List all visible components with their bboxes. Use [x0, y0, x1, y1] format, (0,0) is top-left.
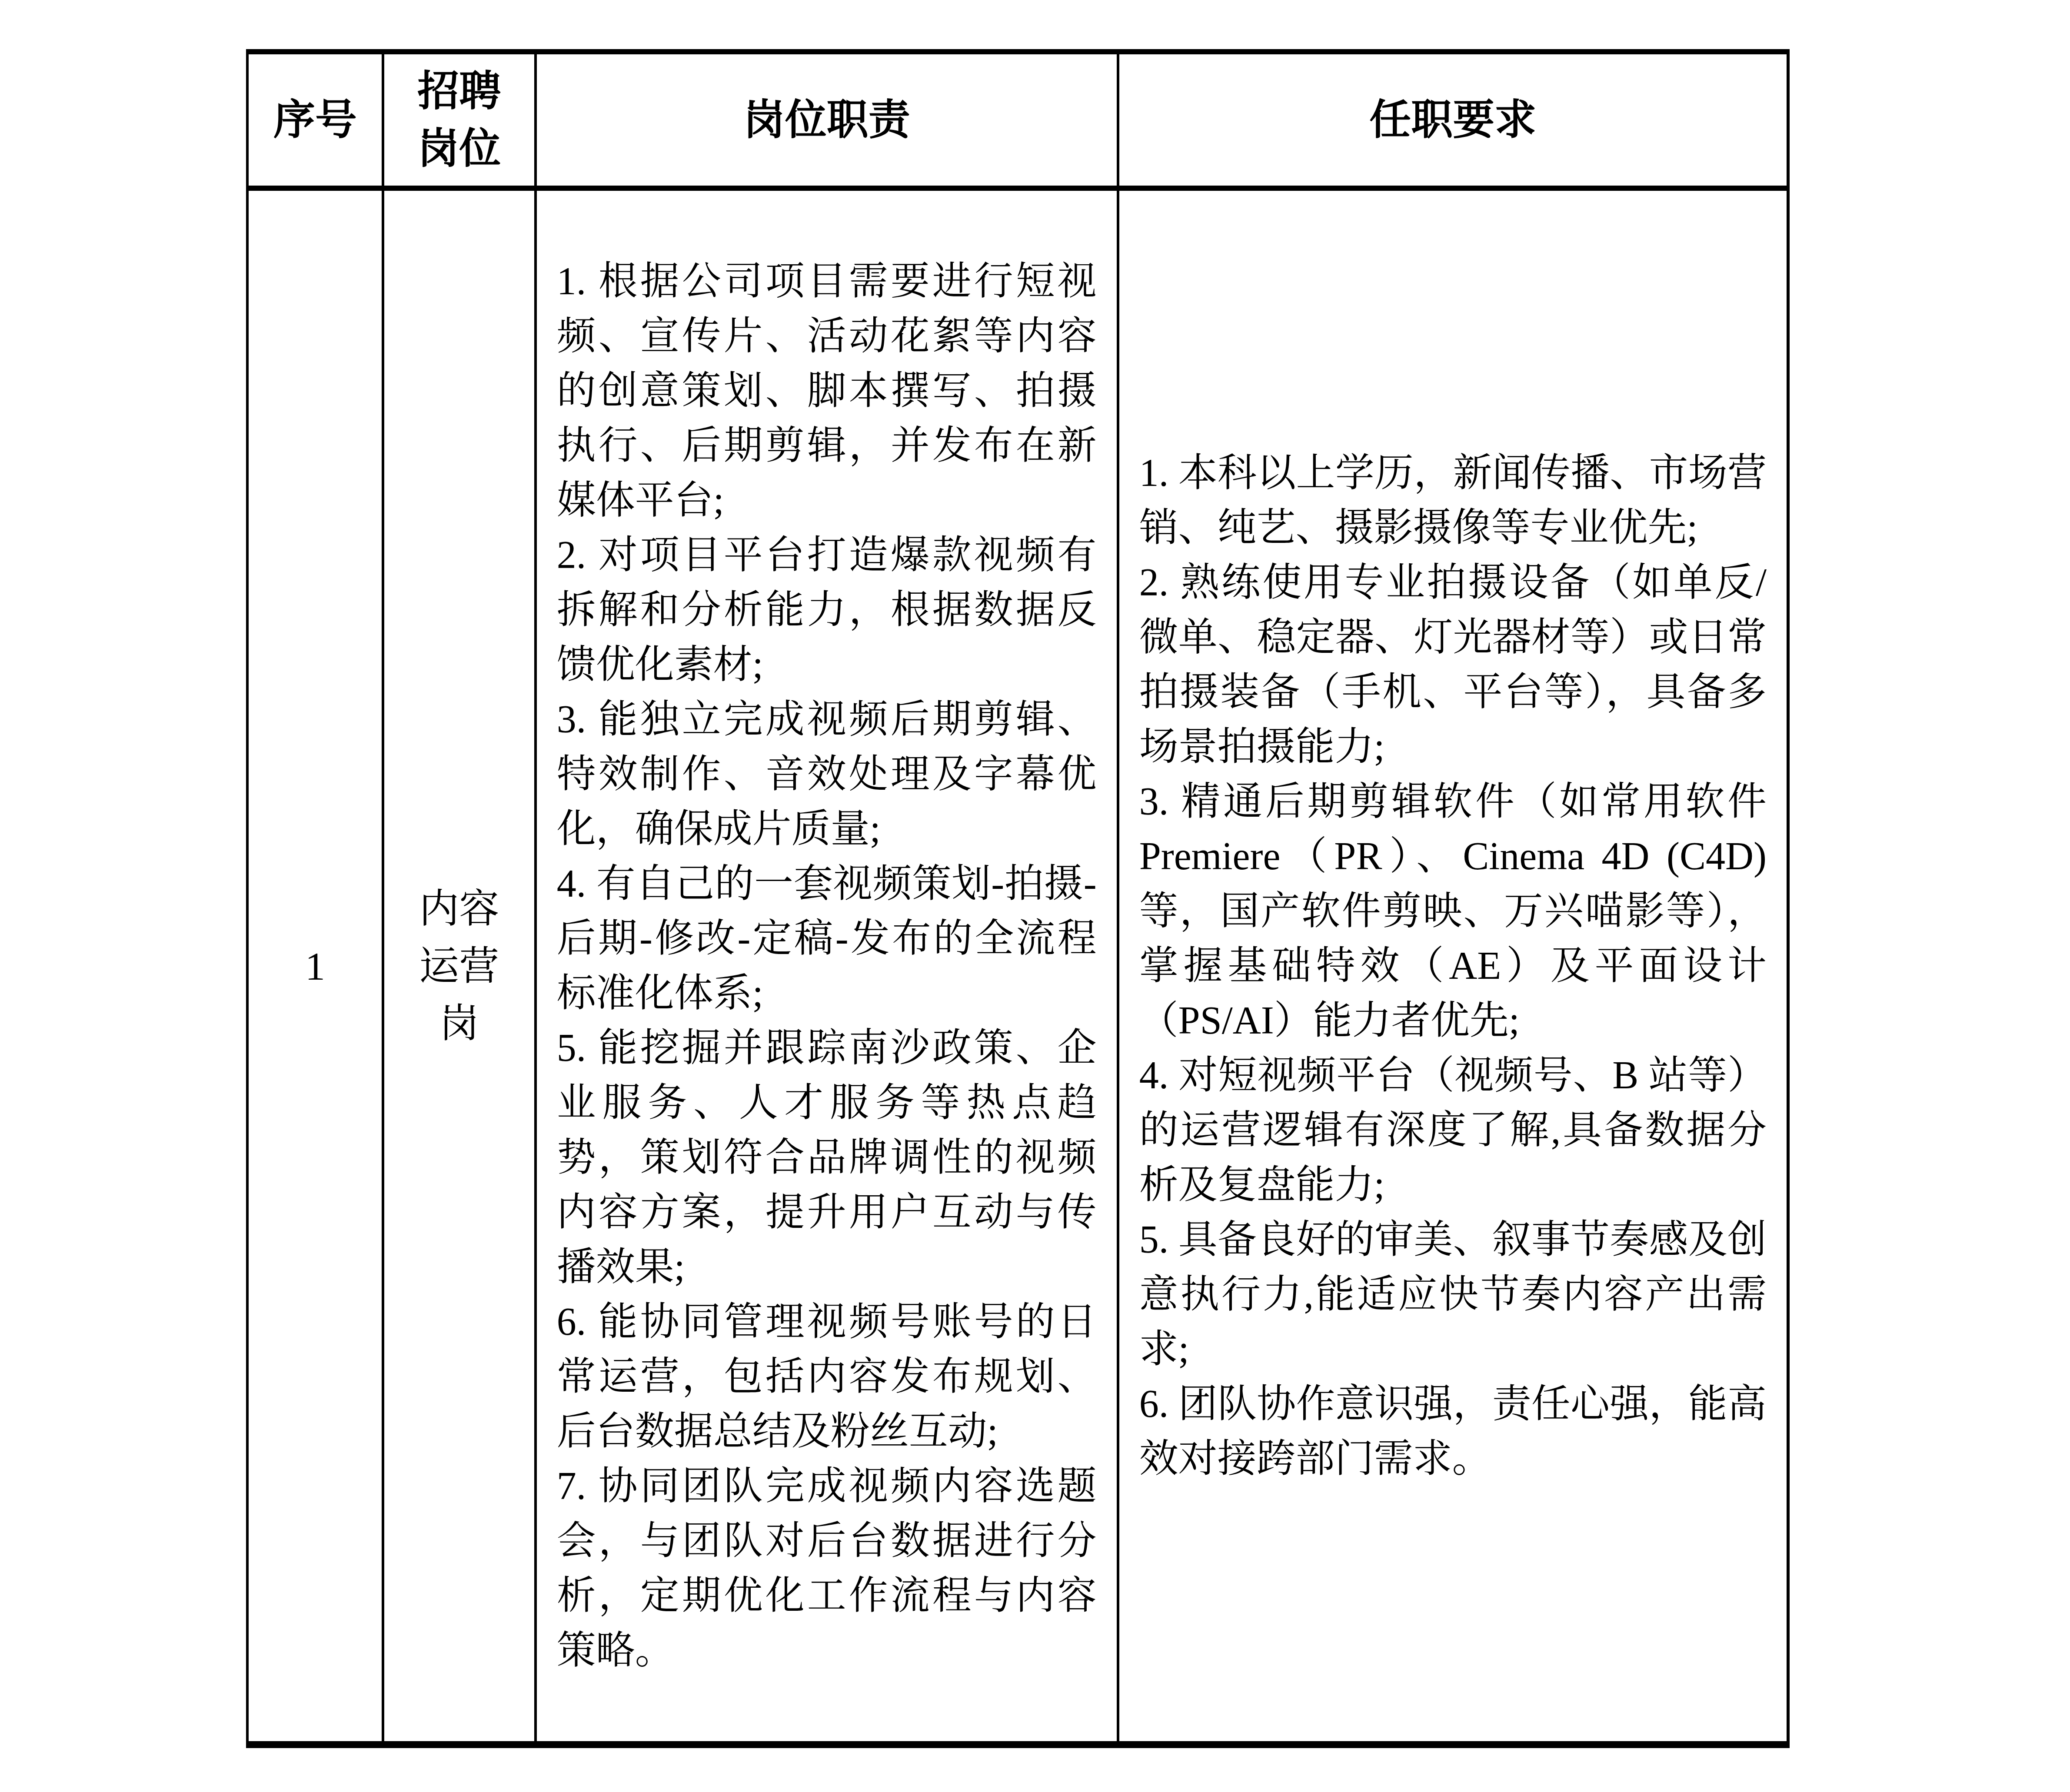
duty-item: 1. 根据公司项目需要进行短视频、宣传片、活动花絮等内容的创意策划、脚本撰写、拍… — [557, 254, 1097, 528]
duty-item: 3. 能独立完成视频后期剪辑、特效制作、音效处理及字幕优化，确保成片质量; — [557, 692, 1097, 857]
duty-item: 2. 对项目平台打造爆款视频有拆解和分析能力，根据数据反馈优化素材; — [557, 528, 1097, 692]
position-name: 内容运营岗 — [416, 880, 502, 1052]
row-number: 1 — [305, 944, 325, 988]
header-requirements: 任职要求 — [1118, 52, 1788, 188]
requirement-item: 2. 熟练使用专业拍摄设备（如单反/微单、稳定器、灯光器材等）或日常拍摄装备（手… — [1139, 555, 1767, 775]
requirement-item: 6. 团队协作意识强，责任心强，能高效对接跨部门需求。 — [1139, 1377, 1767, 1486]
cell-position: 内容运营岗 — [383, 188, 536, 1745]
duty-item: 6. 能协同管理视频号账号的日常运营，包括内容发布规划、后台数据总结及粉丝互动; — [557, 1295, 1097, 1459]
cell-requirements: 1. 本科以上学历，新闻传播、市场营销、纯艺、摄影摄像等专业优先; 2. 熟练使… — [1118, 188, 1788, 1745]
header-requirements-label: 任职要求 — [1369, 96, 1536, 143]
recruitment-table: 序号 招聘岗位 岗位职责 任职要求 1 内容运营岗 1. 根据公司项目需要进行短… — [246, 49, 1790, 1748]
requirement-item: 4. 对短视频平台（视频号、B 站等）的运营逻辑有深度了解,具备数据分析及复盘能… — [1139, 1048, 1767, 1213]
header-duties-label: 岗位职责 — [743, 96, 910, 143]
requirement-item: 3. 精通后期剪辑软件（如常用软件 Premiere（PR）、Cinema 4D… — [1139, 775, 1767, 1048]
cell-row-number: 1 — [247, 188, 383, 1745]
cell-duties: 1. 根据公司项目需要进行短视频、宣传片、活动花絮等内容的创意策划、脚本撰写、拍… — [536, 188, 1118, 1745]
table-header-row: 序号 招聘岗位 岗位职责 任职要求 — [247, 52, 1788, 188]
header-position: 招聘岗位 — [383, 52, 536, 188]
requirement-item: 5. 具备良好的审美、叙事节奏感及创意执行力,能适应快节奏内容产出需求; — [1139, 1213, 1767, 1377]
header-no-label: 序号 — [273, 96, 357, 143]
duty-item: 5. 能挖掘并跟踪南沙政策、企业服务、人才服务等热点趋势，策划符合品牌调性的视频… — [557, 1021, 1097, 1295]
header-position-label: 招聘岗位 — [414, 63, 504, 177]
header-no: 序号 — [247, 52, 383, 188]
table-row: 1 内容运营岗 1. 根据公司项目需要进行短视频、宣传片、活动花絮等内容的创意策… — [247, 188, 1788, 1745]
header-duties: 岗位职责 — [536, 52, 1118, 188]
duty-item: 4. 有自己的一套视频策划-拍摄-后期-修改-定稿-发布的全流程标准化体系; — [557, 857, 1097, 1021]
requirement-item: 1. 本科以上学历，新闻传播、市场营销、纯艺、摄影摄像等专业优先; — [1139, 446, 1767, 555]
document-page: 序号 招聘岗位 岗位职责 任职要求 1 内容运营岗 1. 根据公司项目需要进行短… — [0, 0, 2070, 1792]
duty-item: 7. 协同团队完成视频内容选题会，与团队对后台数据进行分析，定期优化工作流程与内… — [557, 1459, 1097, 1678]
